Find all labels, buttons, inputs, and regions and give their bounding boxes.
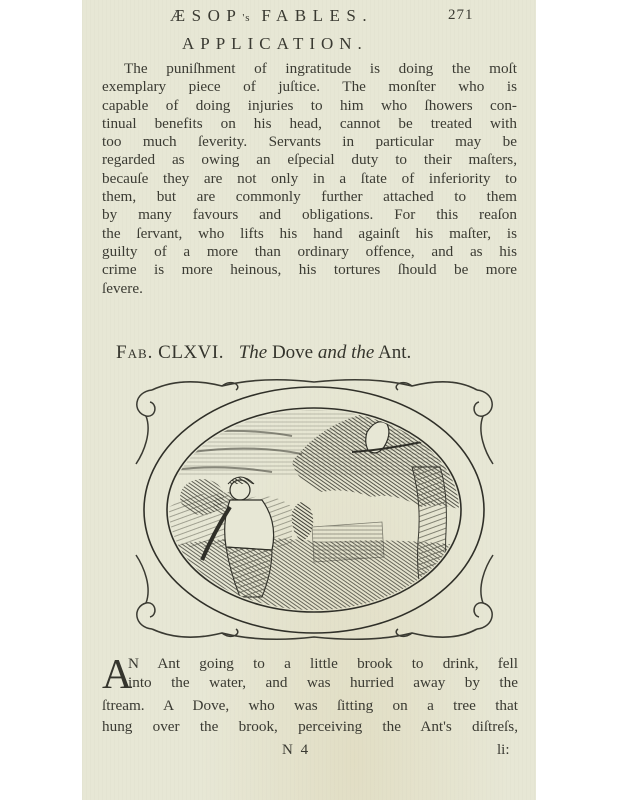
text-line: regarded as owing an eſpecial duty to th… <box>102 151 517 169</box>
fable-text-line: into the water, and was hurried away by … <box>128 674 518 692</box>
fable-title-the: The <box>239 342 268 363</box>
fable-title-and-the: and the <box>318 342 374 363</box>
text-line: crime is more heinous, his tortures ſhou… <box>102 261 517 279</box>
text-line: the ſervant, who lifts his hand againſt … <box>102 225 517 243</box>
running-title-suffix: FABLES. <box>261 6 373 25</box>
printer-signature-mark: N 4 <box>282 742 310 759</box>
fable-text-line: N Ant going to a little brook to drink, … <box>128 655 518 673</box>
application-heading: APPLICATION. <box>182 34 368 54</box>
running-title-prefix: ÆSOP <box>170 6 242 25</box>
text-line: becauſe they are not only in a ſtate of … <box>102 170 517 188</box>
text-line: by many favours and obligations. For thi… <box>102 206 517 224</box>
fable-number: CLXVI. <box>158 342 224 363</box>
running-title-possessive: 's <box>242 12 250 24</box>
page-number: 271 <box>448 7 474 24</box>
fable-title-dove: Dove <box>272 342 313 363</box>
text-line: ſevere. <box>102 280 517 298</box>
running-head: ÆSOP's FABLES. 271 <box>82 6 536 26</box>
fable-label: Fab. <box>116 342 153 363</box>
fable-title: Fab. CLXVI. The Dove and the Ant. <box>116 342 411 364</box>
application-paragraph: The puniſhment of ingratitude is doing t… <box>102 60 517 298</box>
cartouche-frame-icon <box>122 372 507 647</box>
text-line: guilty of a more than ordinary offence, … <box>102 243 517 261</box>
text-line: capable of doing injuries to him who ſho… <box>102 97 517 115</box>
woodcut-illustration <box>122 372 507 647</box>
fable-title-ant: Ant. <box>378 342 411 363</box>
fable-text-line: hung over the brook, perceiving the Ant'… <box>102 718 518 736</box>
text-line: them, but are commonly further attached … <box>102 188 517 206</box>
text-line: too much ſeverity. Servants in particula… <box>102 133 517 151</box>
text-line: tinual benefits on his head, cannot be t… <box>102 115 517 133</box>
text-line: The puniſhment of ingratitude is doing t… <box>102 60 517 78</box>
running-title: ÆSOP's FABLES. <box>170 6 373 26</box>
text-line: exemplary piece of juſtice. The monſter … <box>102 78 517 96</box>
book-page: ÆSOP's FABLES. 271 APPLICATION. The puni… <box>82 0 536 800</box>
fable-text-line: ſtream. A Dove, who was ſitting on a tre… <box>102 697 518 715</box>
catchword: li: <box>497 742 510 759</box>
